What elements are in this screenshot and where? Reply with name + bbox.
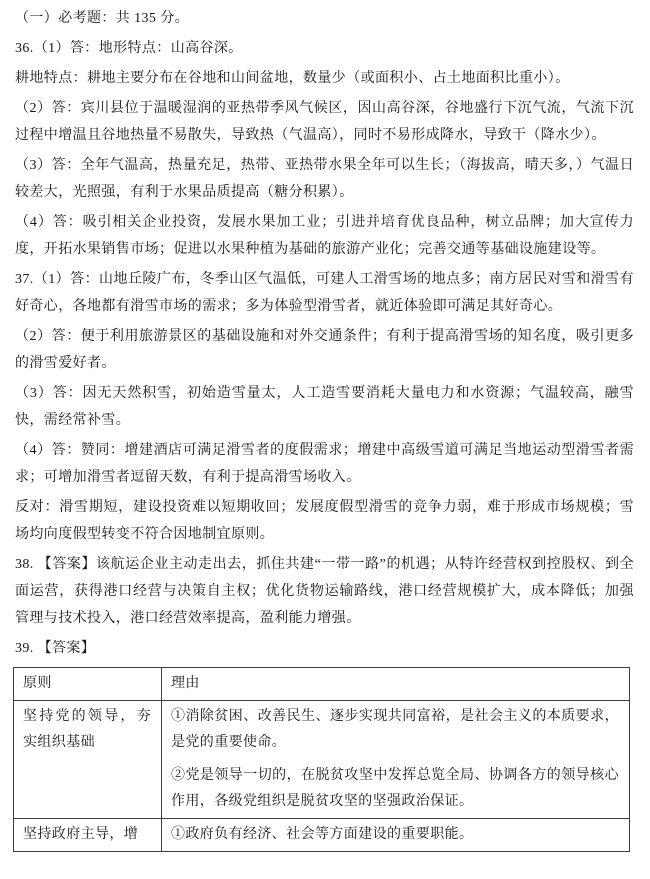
principle-cell: 坚持党的领导，夯实组织基础 xyxy=(14,701,162,819)
q39-answer-table: 原则 理由 坚持党的领导，夯实组织基础 ①消除贫困、改善民生、逐步实现共同富裕，… xyxy=(13,667,630,852)
q37-part1-answer: 37.（1）答：山地丘陵广布，冬季山区气温低，可建人工滑雪场的地点多；南方居民对… xyxy=(15,266,634,320)
reason-cell: ①政府负有经济、社会等方面建设的重要职能。 xyxy=(162,819,630,852)
q36-part1-farmland-features: 耕地特点：耕地主要分布在谷地和山间盆地，数量少（或面积小、占土地面积比重小）。 xyxy=(15,65,634,92)
q37-part3-answer: （3）答：因无天然积雪，初始造雪量太，人工造雪要消耗大量电力和水资源；气温较高，… xyxy=(15,380,634,434)
answer-key-document: （一）必考题：共 135 分。 36.（1）答：地形特点：山高谷深。 耕地特点：… xyxy=(0,0,650,879)
q38-answer: 38. 【答案】该航运企业主动走出去，抓住共建“一带一路”的机遇；从特许经营权到… xyxy=(15,551,634,632)
q37-part2-answer: （2）答：便于利用旅游景区的基础设施和对外交通条件；有利于提高滑雪场的知名度，吸… xyxy=(15,323,634,377)
table-header-reason: 理由 xyxy=(162,668,630,701)
reason-item: ①消除贫困、改善民生、逐步实现共同富裕，是社会主义的本质要求，是党的重要使命。 xyxy=(171,704,619,756)
q36-part4-answer: （4）答：吸引相关企业投资，发展水果加工业；引进并培育优良品种，树立品牌；加大宣… xyxy=(15,209,634,263)
q39-answer-label: 39. 【答案】 xyxy=(15,635,634,662)
reason-cell: ①消除贫困、改善民生、逐步实现共同富裕，是社会主义的本质要求，是党的重要使命。 … xyxy=(162,701,630,819)
q36-part1-answer: 36.（1）答：地形特点：山高谷深。 xyxy=(15,35,634,62)
reason-item: ②党是领导一切的，在脱贫攻坚中发挥总览全局、协调各方的领导核心作用，各级党组织是… xyxy=(171,763,619,815)
q37-part4-answer-agree: （4）答：赞同：增建酒店可满足滑雪者的度假需求；增建中高级雪道可满足当地运动型滑… xyxy=(15,437,634,491)
q36-part3-answer: （3）答：全年气温高，热量充足，热带、亚热带水果全年可以生长；（海拔高，晴天多，… xyxy=(15,152,634,206)
table-row: 坚持政府主导，增 ①政府负有经济、社会等方面建设的重要职能。 xyxy=(14,819,630,852)
principle-cell: 坚持政府主导，增 xyxy=(14,819,162,852)
q37-part4-answer-oppose: 反对：滑雪期短，建设投资难以短期收回；发展度假型滑雪的竞争力弱，难于形成市场规模… xyxy=(15,494,634,548)
table-row: 坚持党的领导，夯实组织基础 ①消除贫困、改善民生、逐步实现共同富裕，是社会主义的… xyxy=(14,701,630,819)
table-header-principle: 原则 xyxy=(14,668,162,701)
reason-item: ①政府负有经济、社会等方面建设的重要职能。 xyxy=(171,822,619,848)
q36-part2-answer: （2）答：宾川县位于温暖湿润的亚热带季风气候区，因山高谷深，谷地盛行下沉气流，气… xyxy=(15,95,634,149)
principle-text: 坚持政府主导，增 xyxy=(23,822,151,848)
section-header-required-questions: （一）必考题：共 135 分。 xyxy=(15,5,634,32)
principle-text: 坚持党的领导，夯实组织基础 xyxy=(23,704,151,756)
table-header-row: 原则 理由 xyxy=(14,668,630,701)
